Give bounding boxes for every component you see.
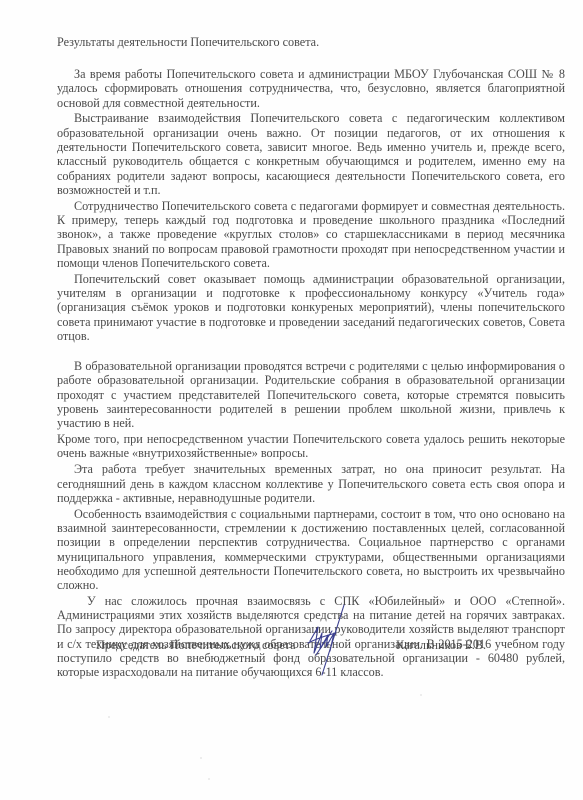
scan-speck [200,757,202,759]
paragraph-social-partners: Особенность взаимодействия с социальными… [57,507,565,593]
signatory-role: Председатель Попечительского совета [96,638,296,652]
paragraph-parent-meetings: В образовательной организации проводятся… [57,359,565,430]
signature-block: Председатель Попечительского совета Кага… [0,636,583,666]
document-title: Результаты деятельности Попечительского … [57,35,319,49]
paragraph-results: Эта работа требует значительных временны… [57,462,565,505]
paragraph-cooperation: За время работы Попечительского совета и… [57,67,565,110]
paragraph-teachers-interaction: Выстраивание взаимодействия Попечительск… [57,111,565,197]
handwritten-signature-icon [300,603,360,678]
scan-speck [108,716,110,718]
scan-speck [420,694,422,696]
paragraph-household-issues: Кроме того, при непосредственном участии… [57,432,565,461]
paragraph-council-assistance: Попечительский совет оказывает помощь ад… [57,272,565,343]
scanned-page: Результаты деятельности Попечительского … [0,0,583,800]
document-body: За время работы Попечительского совета и… [57,67,565,681]
scan-speck [208,778,210,780]
paragraph-joint-activities: Сотрудничество Попечительского совета с … [57,199,565,270]
scan-speck [190,178,192,180]
signatory-name: Кагальников Б.В. [396,638,486,652]
